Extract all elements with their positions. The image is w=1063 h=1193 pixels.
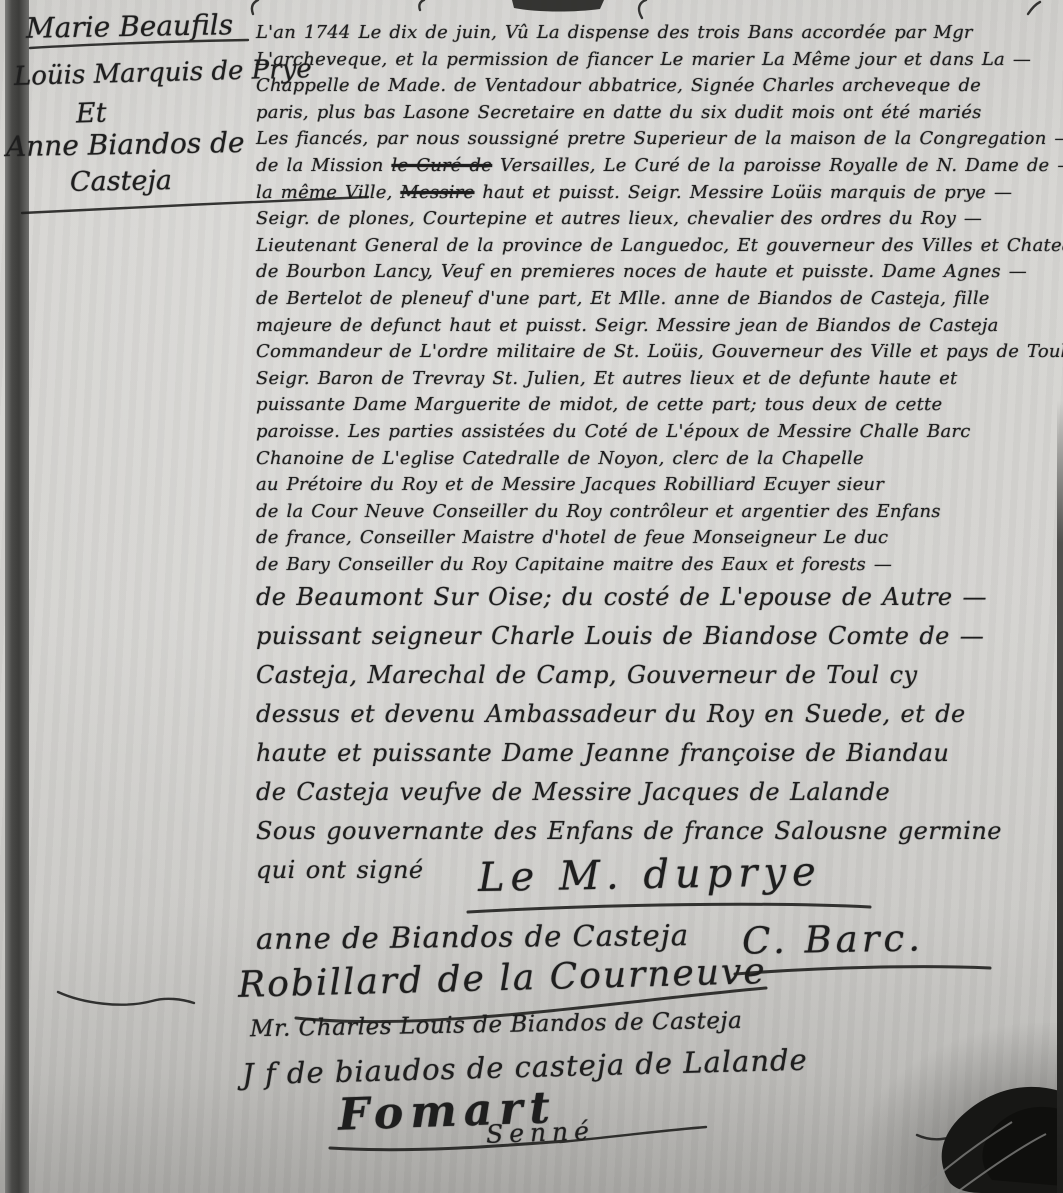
margin-note-conjunction: Et [75,97,107,129]
manuscript-line: de Bertelot de pleneuf d'une part, Et Ml… [256,286,1062,313]
manuscript-line: dessus et devenu Ambassadeur du Roy en S… [256,695,1062,734]
manuscript-line: de la Mission le Curé de Versailles, Le … [256,153,1062,180]
signature-witness-senne: Senné [486,1116,596,1149]
signature-witness-robillard: Robillard de la Courneuve [238,951,768,1006]
manuscript-line: de Beaumont Sur Oise; du costé de L'epou… [256,578,1062,617]
manuscript-line: de Bary Conseiller du Roy Capitaine mait… [256,552,1062,579]
manuscript-line: L'archeveque, et la permission de fiance… [256,47,1062,74]
manuscript-line: la même Ville, Messire haut et puisst. S… [256,180,1062,207]
manuscript-line: Chanoine de L'eglise Catedralle de Noyon… [256,446,1062,473]
margin-note-bride-line1: Anne Biandos de [6,126,245,163]
signature-witness-casteja: Mr. Charles Louis de Biandos de Casteja [250,1008,743,1043]
manuscript-line: Les fiancés, par nous soussigné pretre S… [256,126,1062,153]
manuscript-body: L'an 1744 Le dix de juin, Vû La dispense… [256,20,1062,890]
manuscript-line: Commandeur de L'ordre militaire de St. L… [256,339,1062,366]
manuscript-line: de Casteja veufve de Messire Jacques de … [256,773,1062,812]
manuscript-line: puissante Dame Marguerite de midot, de c… [256,392,1062,419]
manuscript-line: paroisse. Les parties assistées du Coté … [256,419,1062,446]
manuscript-line: Lieutenant General de la province de Lan… [256,233,1062,260]
signature-groom: Le M. duprye [478,849,822,901]
manuscript-line: Casteja, Marechal de Camp, Gouverneur de… [256,656,1062,695]
manuscript-page: Marie Beaufils Loüis Marquis de Prye Et … [0,0,1063,1193]
manuscript-line: de france, Conseiller Maistre d'hotel de… [256,525,1062,552]
manuscript-line: Seigr. Baron de Trevray St. Julien, Et a… [256,366,1062,393]
margin-note-bride-maiden: Marie Beaufils [26,8,234,45]
margin-note-bride-line2: Casteja [70,165,172,198]
page-corner-shadow [853,1023,1063,1193]
book-binding-strip [5,0,29,1193]
manuscript-line: de la Cour Neuve Conseiller du Roy contr… [256,499,1062,526]
manuscript-line: Seigr. de plones, Courtepine et autres l… [256,206,1062,233]
manuscript-line: de Bourbon Lancy, Veuf en premieres noce… [256,259,1062,286]
manuscript-line: haute et puissante Dame Jeanne françoise… [256,734,1062,773]
signature-bride: anne de Biandos de Casteja [256,918,689,956]
manuscript-line: paris, plus bas Lasone Secretaire en dat… [256,100,1062,127]
signature-witness-barc: C. Barc. [742,916,925,962]
manuscript-line: L'an 1744 Le dix de juin, Vû La dispense… [256,20,1062,47]
manuscript-line: majeure de defunct haut et puisst. Seigr… [256,313,1062,340]
manuscript-line: puissant seigneur Charle Louis de Biando… [256,617,1062,656]
manuscript-line: Chappelle de Made. de Ventadour abbatric… [256,73,1062,100]
manuscript-line: au Prétoire du Roy et de Messire Jacques… [256,472,1062,499]
manuscript-line: Sous gouvernante des Enfans de france Sa… [256,812,1062,851]
page-right-edge-shadow [1057,400,1063,1193]
